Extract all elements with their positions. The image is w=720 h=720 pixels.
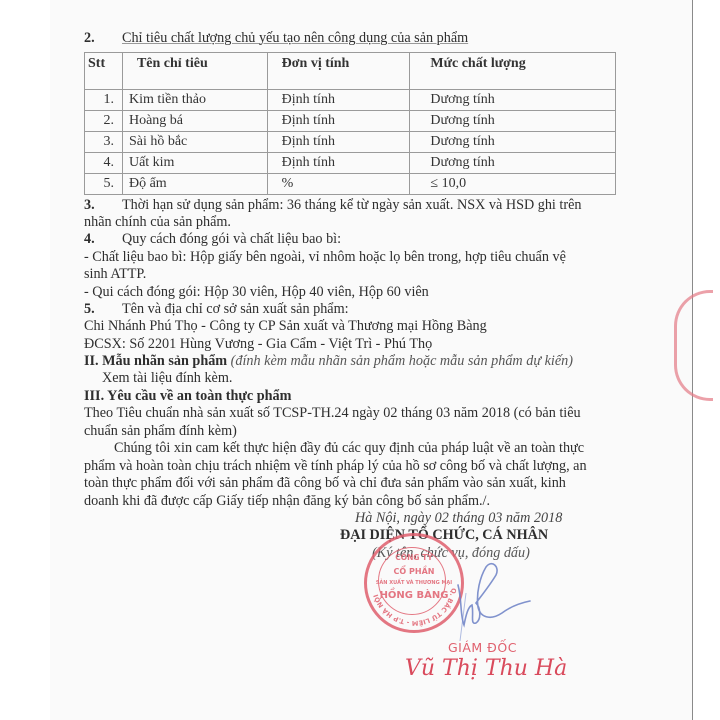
part-2-heading: II. Mẫu nhãn sản phẩm (đính kèm mẫu nhãn… bbox=[84, 353, 573, 371]
commitment-line-2: phẩm và hoàn toàn chịu trách nhiệm về tí… bbox=[84, 458, 587, 476]
section-2-title: Chỉ tiêu chất lượng chủ yếu tạo nên công… bbox=[122, 30, 468, 46]
cell-quality-level: Dương tính bbox=[410, 153, 616, 174]
section-3-line-1: 3.Thời hạn sử dụng sản phẩm: 36 tháng kể… bbox=[84, 197, 581, 215]
cell-criteria-name: Kim tiền thảo bbox=[122, 90, 267, 111]
part-2-note: (đính kèm mẫu nhãn sản phẩm hoặc mẫu sản… bbox=[231, 353, 573, 369]
standard-line-1: Theo Tiêu chuẩn nhà sản xuất số TCSP-TH.… bbox=[84, 405, 581, 423]
section-2-number: 2. bbox=[84, 30, 122, 48]
table-row: 2. Hoàng bá Định tính Dương tính bbox=[85, 111, 616, 132]
section-3-line-2: nhãn chính của sản phẩm. bbox=[84, 214, 231, 232]
cell-unit: Định tính bbox=[267, 111, 410, 132]
section-5-title: Tên và địa chỉ cơ sở sản xuất sản phẩm: bbox=[122, 301, 349, 317]
cell-criteria-name: Sài hồ bắc bbox=[122, 132, 267, 153]
manufacturer-address: ĐCSX: Số 2201 Hùng Vương - Gia Cẩm - Việ… bbox=[84, 336, 432, 354]
cell-unit: % bbox=[267, 174, 410, 195]
table-row: 4. Uất kim Định tính Dương tính bbox=[85, 153, 616, 174]
cell-quality-level: Dương tính bbox=[410, 132, 616, 153]
section-5-number: 5. bbox=[84, 301, 122, 319]
header-quality-level: Mức chất lượng bbox=[410, 53, 616, 90]
header-unit: Đơn vị tính bbox=[267, 53, 410, 90]
commitment-line-1: Chúng tôi xin cam kết thực hiện đầy đủ c… bbox=[114, 440, 584, 458]
part-2-text: Xem tài liệu đính kèm. bbox=[102, 370, 232, 388]
cell-stt: 4. bbox=[85, 153, 123, 174]
table-row: 5. Độ ẩm % ≤ 10,0 bbox=[85, 174, 616, 195]
part-2-title: II. Mẫu nhãn sản phẩm bbox=[84, 353, 227, 369]
packaging-material-line-1: - Chất liệu bao bì: Hộp giấy bên ngoài, … bbox=[84, 249, 566, 267]
cell-unit: Định tính bbox=[267, 153, 410, 174]
cell-stt: 3. bbox=[85, 132, 123, 153]
cell-criteria-name: Hoàng bá bbox=[122, 111, 267, 132]
handwritten-signature bbox=[430, 545, 540, 645]
packing-spec: - Qui cách đóng gói: Hộp 30 viên, Hộp 40… bbox=[84, 284, 429, 302]
commitment-line-4: doanh khi đã được cấp Giấy tiếp nhận đăn… bbox=[84, 493, 490, 511]
header-stt: Stt bbox=[85, 53, 123, 90]
cell-stt: 5. bbox=[85, 174, 123, 195]
section-2-heading: 2.Chỉ tiêu chất lượng chủ yếu tạo nên cô… bbox=[84, 30, 468, 48]
partial-seal-stamp-edge bbox=[674, 290, 713, 401]
cell-unit: Định tính bbox=[267, 132, 410, 153]
header-criteria-name: Tên chỉ tiêu bbox=[122, 53, 267, 90]
director-title: GIÁM ĐỐC bbox=[448, 640, 517, 655]
section-4-heading: 4.Quy cách đóng gói và chất liệu bao bì: bbox=[84, 231, 341, 249]
cell-stt: 1. bbox=[85, 90, 123, 111]
cell-quality-level: Dương tính bbox=[410, 111, 616, 132]
quality-criteria-table: Stt Tên chỉ tiêu Đơn vị tính Mức chất lư… bbox=[84, 52, 616, 195]
table-row: 3. Sài hồ bắc Định tính Dương tính bbox=[85, 132, 616, 153]
place-date: Hà Nội, ngày 02 tháng 03 năm 2018 bbox=[355, 510, 562, 528]
manufacturer-name: Chi Nhánh Phú Thọ - Công ty CP Sản xuất … bbox=[84, 318, 487, 336]
cell-unit: Định tính bbox=[267, 90, 410, 111]
section-5-heading: 5.Tên và địa chỉ cơ sở sản xuất sản phẩm… bbox=[84, 301, 349, 319]
cell-quality-level: Dương tính bbox=[410, 90, 616, 111]
table-header-row: Stt Tên chỉ tiêu Đơn vị tính Mức chất lư… bbox=[85, 53, 616, 90]
cell-criteria-name: Uất kim bbox=[122, 153, 267, 174]
packaging-material-line-2: sinh ATTP. bbox=[84, 266, 146, 284]
section-3-number: 3. bbox=[84, 197, 122, 215]
table-row: 1. Kim tiền thảo Định tính Dương tính bbox=[85, 90, 616, 111]
cell-stt: 2. bbox=[85, 111, 123, 132]
standard-line-2: chuẩn sản phẩm đính kèm) bbox=[84, 423, 237, 441]
director-name: Vũ Thị Thu Hà bbox=[405, 656, 567, 681]
section-4-title: Quy cách đóng gói và chất liệu bao bì: bbox=[122, 231, 341, 247]
shelf-life-text: Thời hạn sử dụng sản phẩm: 36 tháng kể t… bbox=[122, 197, 581, 213]
commitment-line-3: toàn thực phẩm đối với sản phẩm đã công … bbox=[84, 475, 566, 493]
cell-criteria-name: Độ ẩm bbox=[122, 174, 267, 195]
part-3-title: III. Yêu cầu về an toàn thực phẩm bbox=[84, 388, 291, 406]
section-4-number: 4. bbox=[84, 231, 122, 249]
cell-quality-level: ≤ 10,0 bbox=[410, 174, 616, 195]
